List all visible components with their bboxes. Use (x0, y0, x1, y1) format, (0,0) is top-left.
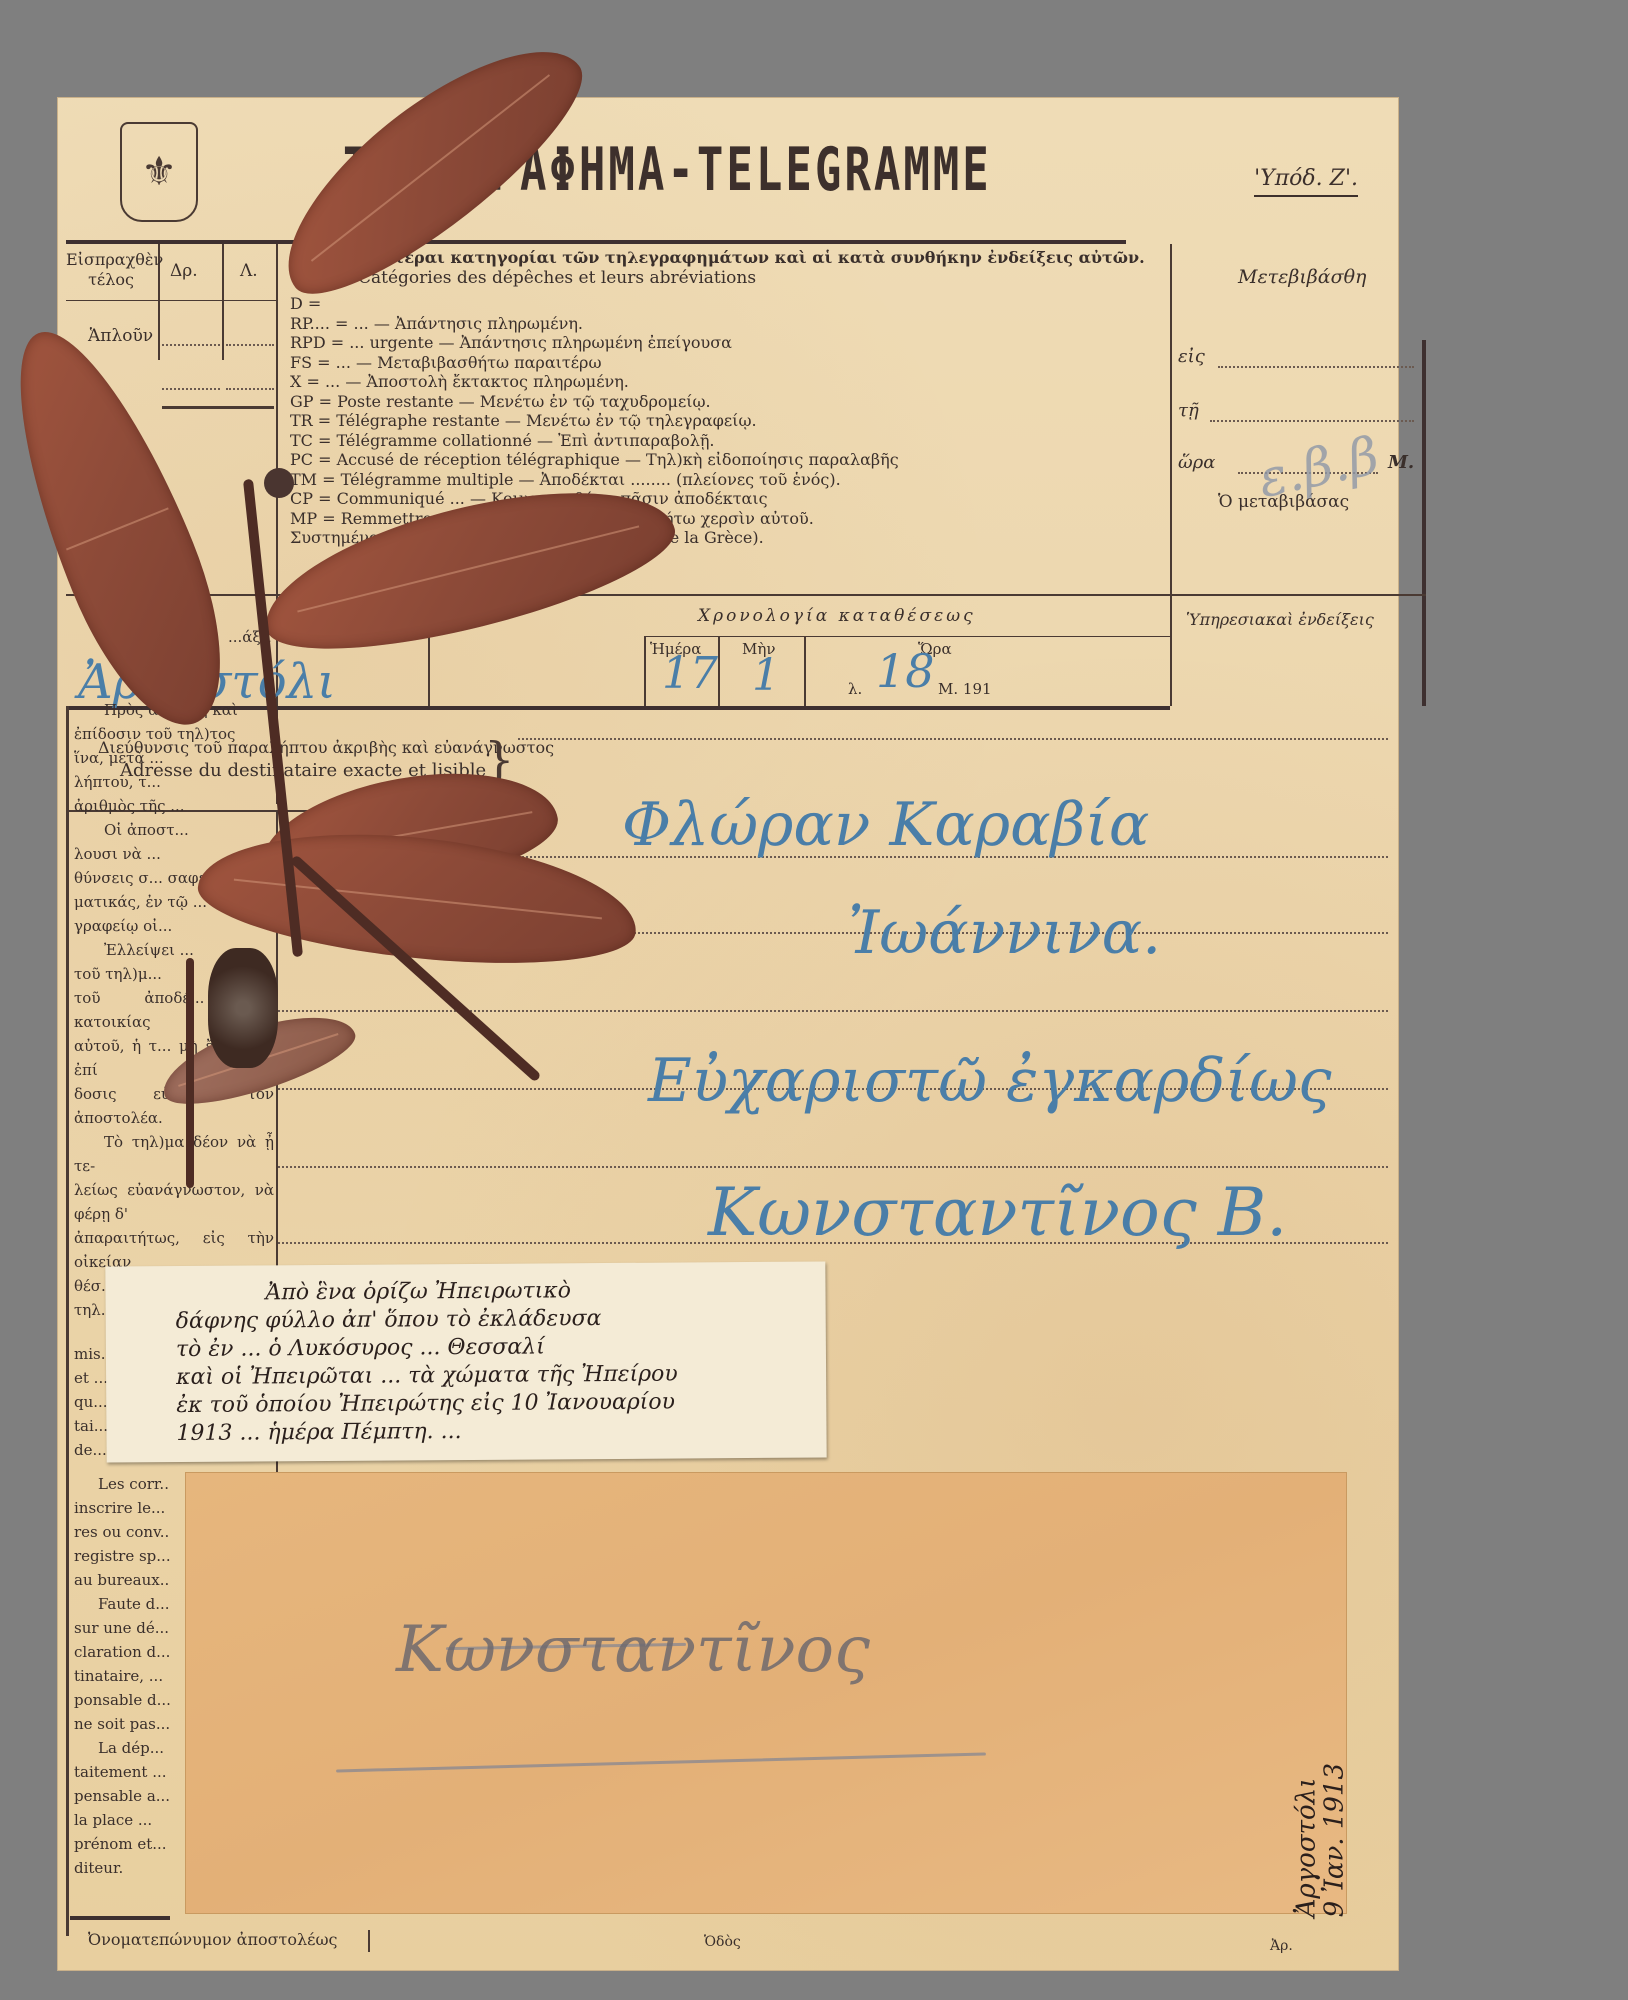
divider (222, 244, 224, 360)
instruction-line: θύνσεις σ... σαφεῖς ἢ συ... (74, 866, 274, 890)
instruction-line: registre sp... (74, 1544, 170, 1568)
message-line: Φλώραν Καραβία (622, 790, 1149, 860)
instruction-line: ἐπίδοσιν τοῦ τηλ)τος (74, 722, 274, 746)
note-line: καὶ οἱ Ἠπειρῶται ... τὰ χώματα τῆς Ἠπείρ… (176, 1361, 678, 1393)
code-line: Συστημένον — ... (seulement dans l'intér… (290, 528, 899, 548)
divider (66, 594, 1426, 596)
transfer-to-label: εἰς (1178, 346, 1205, 367)
divider (1170, 244, 1172, 706)
message-line: Εὐχαριστῶ ἐγκαρδίως (648, 1046, 1331, 1116)
divider (276, 244, 278, 804)
code-line: TC = Télégramme collationné — Ἐπὶ ἀντιπα… (290, 431, 899, 451)
pasted-handwritten-note: Ἀπὸ ἓνα ὁρίζω Ἠπειρωτικὸ δάφνης φύλλο ἀπ… (105, 1261, 826, 1462)
codes-header-fr: Catégories des dépêches et leurs abrévia… (358, 268, 756, 288)
drachma-field[interactable] (162, 388, 220, 390)
header-rule (66, 240, 1126, 244)
transfer-to-field[interactable] (1218, 366, 1414, 368)
codes-header-gr: Αἱ συνηθέστεραι κατηγορίαι τῶν τηλεγραφη… (290, 248, 1145, 267)
note-text: Ἀπὸ ἓνα ὁρίζω Ἠπειρωτικὸ δάφνης φύλλο ἀπ… (175, 1277, 678, 1448)
hour-prefix: λ. (848, 680, 862, 698)
instruction-line: diteur. (74, 1856, 170, 1880)
instruction-line: λείως εὐανάγνωστον, νὰ φέρῃ δ' (74, 1178, 274, 1226)
divider (804, 636, 806, 706)
divider (162, 406, 274, 409)
divider (718, 636, 720, 706)
side-note-place: Ἀργοστόλι (1292, 1763, 1320, 1917)
instruction-line: Les corr... (74, 1472, 170, 1496)
increase-label: Αὔξησ... (370, 610, 432, 628)
note-line: ἐκ τοῦ ὁποίου Ἠπειρώτης εἰς 10 Ἰανουαρίο… (176, 1389, 678, 1421)
instruction-line: inscrire le... (74, 1496, 170, 1520)
instruction-line: La dép... (74, 1736, 170, 1760)
instruction-line: Πρὸς ἀσφαλῆ καὶ (74, 698, 274, 722)
instruction-line: ἵνα, μετὰ ... (74, 746, 274, 770)
fee-header: Εἰσπραχθὲν τέλος (66, 250, 156, 290)
code-line: FS = ... — Μεταβιβασθήτω παραιτέρω (290, 353, 899, 373)
divider (368, 1930, 370, 1952)
transfer-day-label: τῇ (1178, 400, 1199, 421)
simple-row-label: Ἁπλοῦν (88, 326, 153, 346)
lepta-field[interactable] (226, 344, 274, 346)
instruction-line: τοῦ τηλ)μ... (74, 962, 274, 986)
code-line: MP = Remmettre en mains propres — Ἐπιδοθ… (290, 509, 899, 529)
instruction-line: la place ... (74, 1808, 170, 1832)
transfer-day-field[interactable] (1210, 420, 1414, 422)
coat-of-arms-icon: ⚜ (120, 122, 198, 222)
note-line: τὸ ἐν ... ὁ Λυκόσυρος ... Θεσσαλί (176, 1333, 678, 1365)
code-line: RPD = ... urgente — Ἀπάντησις πληρωμένη … (290, 333, 899, 353)
instruction-line: prénom et... (74, 1832, 170, 1856)
code-line: X = ... — Ἀποστολὴ ἔκτακτος πληρωμένη. (290, 372, 899, 392)
message-rule (278, 1010, 1388, 1012)
divider (644, 636, 646, 706)
box-border (1422, 340, 1426, 706)
instructions-french: Les corr... inscrire le... res ou conv..… (74, 1472, 170, 1882)
street-label: Ὁδὸς (704, 1934, 741, 1950)
footer-rule (70, 1916, 170, 1920)
note-line: 1913 ... ἡμέρα Πέμπτη. ... (176, 1417, 678, 1449)
hour-value: 18 (876, 644, 935, 698)
instruction-line: Faute d... (74, 1592, 170, 1616)
urgent-row-label: ...άξα (228, 628, 271, 646)
code-line: TM = Télégramme multiple — Ἀποδέκται ...… (290, 470, 899, 490)
instruction-line: res ou conv... (74, 1520, 170, 1544)
instruction-line: claration d... (74, 1640, 170, 1664)
drachma-header: Δρ. (170, 261, 198, 281)
instruction-line: Τὸ τηλ)μα δέον νὰ ᾖ τε- (74, 1130, 274, 1178)
document-title: ΤΗΛΕΓΡΑΦΗΜΑ-TELEGRAMME (343, 136, 992, 205)
side-note-date: 9 Ἰαν. 1913 (1320, 1763, 1348, 1917)
instruction-line: ἀριθμὸς τῆς ... (74, 794, 274, 818)
message-line: Κωνσταντῖνος Β. (708, 1174, 1287, 1251)
brace-icon: } (484, 732, 515, 788)
code-line: D = (290, 294, 899, 314)
year-prefix: Μ. 191 (938, 680, 992, 698)
number-label: Ἀρ. (1270, 1938, 1293, 1954)
divider (66, 300, 276, 301)
instruction-line: δοσις εὐθύνει τὸν ἀποστολέα. (74, 1082, 274, 1130)
message-rule (278, 1166, 1388, 1168)
service-label: Ὑπηρεσιακαὶ ἐνδείξεις (1186, 610, 1374, 629)
instruction-line: τοῦ ἀποδέ... τῆς κατοικίας (74, 986, 274, 1034)
lepta-header: Λ. (240, 261, 258, 281)
envelope-side-note: Ἀργοστόλι 9 Ἰαν. 1913 (1292, 1763, 1348, 1917)
instruction-line: ne soit pas... (74, 1712, 170, 1736)
day-value: 17 (662, 648, 718, 699)
instruction-line: ματικάς, ἐν τῷ ... (74, 890, 274, 914)
code-line: RP.... = ... — Ἀπάντησις πληρωμένη. (290, 314, 899, 334)
divider (644, 636, 1170, 637)
instruction-line: tinataire, ... (74, 1664, 170, 1688)
instruction-line: Οἱ ἀποστ... (74, 818, 274, 842)
pasted-envelope: Κωνσταντῖνος Ἀργοστόλι 9 Ἰαν. 1913 (186, 1473, 1346, 1913)
instruction-line: au bureaux... (74, 1568, 170, 1592)
instruction-line: sur une dé... (74, 1616, 170, 1640)
instructions-greek: Πρὸς ἀσφαλῆ καὶ ἐπίδοσιν τοῦ τηλ)τος ἵνα… (74, 698, 274, 1322)
code-line: PC = Accusé de réception télégraphique —… (290, 450, 899, 470)
instruction-line: λουσι νὰ ... (74, 842, 274, 866)
transfer-hour-label: ὥρα (1178, 452, 1215, 473)
signature-underline (336, 1752, 986, 1772)
transfer-header: Μετεβιβάσθη (1238, 266, 1366, 288)
left-border (66, 706, 69, 1936)
instruction-line: αὐτοῦ, ἡ τ... μὴ ἔγκαιρος ἐπί (74, 1034, 274, 1082)
month-value: 1 (752, 650, 780, 701)
instruction-line: γραφείῳ οἰ... (74, 914, 274, 938)
drachma-field[interactable] (162, 344, 220, 346)
telegram-sheet: ⚜ ΤΗΛΕΓΡΑΦΗΜΑ-TELEGRAMME 'Υπόδ. Ζ'. Εἰσπ… (58, 98, 1398, 1970)
instruction-line: λήπτου, τ... (74, 770, 274, 794)
lepta-field[interactable] (226, 388, 274, 390)
deposit-date-header: Χρονολογία καταθέσεως (698, 606, 976, 626)
instruction-line: Ἐλλείψει ... (74, 938, 274, 962)
note-line: δάφνης φύλλο ἀπ' ὅπου τὸ ἐκλάδευσα (176, 1305, 678, 1337)
instruction-line: taitement ... (74, 1760, 170, 1784)
codes-list: D = RP.... = ... — Ἀπάντησις πληρωμένη. … (290, 294, 899, 548)
sender-name-label: Ὀνοματεπώνυμον ἀποστολέως (88, 1930, 337, 1949)
message-line: Ἰωάννινα. (848, 898, 1161, 968)
handwritten-initials: ε.β.β (1253, 426, 1384, 510)
code-line: GP = Poste restante — Μενέτω ἐν τῷ ταχυδ… (290, 392, 899, 412)
instruction-line: pensable a... (74, 1784, 170, 1808)
transfer-hour-suffix: Μ. (1388, 452, 1414, 473)
code-line: CP = Communiqué ... — Κοινοποιηθήτω πᾶσι… (290, 489, 899, 509)
code-line: TR = Télégraphe restante — Μενέτω ἐν τῷ … (290, 411, 899, 431)
instruction-line: ponsable d... (74, 1688, 170, 1712)
envelope-signature: Κωνσταντῖνος (396, 1613, 870, 1687)
form-code: 'Υπόδ. Ζ'. (1254, 166, 1358, 197)
note-line: Ἀπὸ ἓνα ὁρίζω Ἠπειρωτικὸ (175, 1277, 677, 1309)
message-rule (518, 738, 1388, 740)
stem-icon (290, 854, 542, 1082)
